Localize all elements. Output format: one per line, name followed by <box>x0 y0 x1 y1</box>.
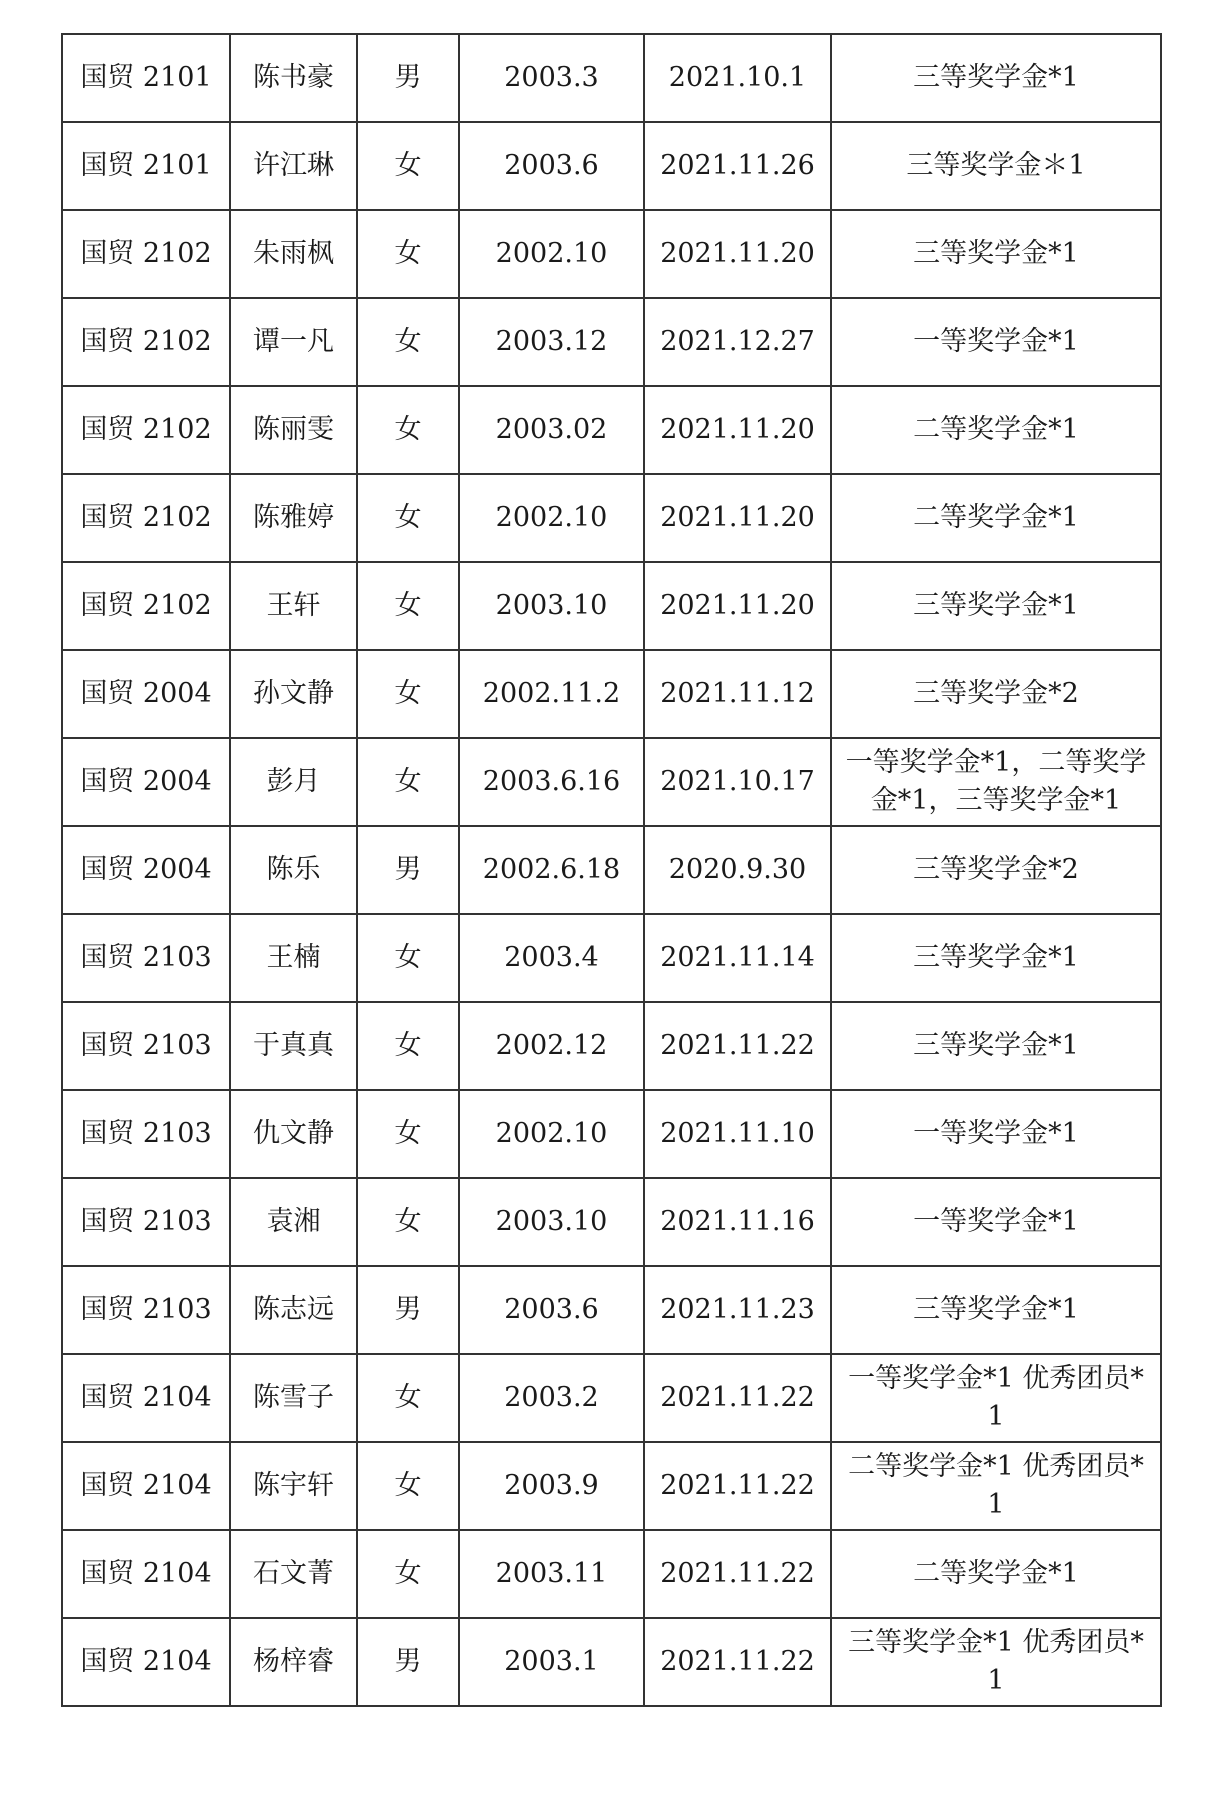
awards-cell: 一等奖学金*1 <box>831 1090 1161 1178</box>
table-row: 国贸 2103袁湘女2003.102021.11.16一等奖学金*1 <box>62 1178 1161 1266</box>
name-cell: 于真真 <box>230 1002 357 1090</box>
awards-cell: 三等奖学金*1 <box>831 562 1161 650</box>
table-row: 国贸 2004孙文静女2002.11.22021.11.12三等奖学金*2 <box>62 650 1161 738</box>
table-row: 国贸 2103陈志远男2003.62021.11.23三等奖学金*1 <box>62 1266 1161 1354</box>
table-row: 国贸 2101陈书豪男2003.32021.10.1三等奖学金*1 <box>62 34 1161 122</box>
class-cell: 国贸 2004 <box>62 826 230 914</box>
name-cell: 陈书豪 <box>230 34 357 122</box>
class-cell: 国贸 2104 <box>62 1618 230 1706</box>
awards-cell: 三等奖学金*2 <box>831 826 1161 914</box>
gender-cell: 女 <box>357 914 459 1002</box>
birth-date-cell: 2003.6.16 <box>459 738 644 826</box>
gender-cell: 女 <box>357 562 459 650</box>
award-date-cell: 2021.11.20 <box>644 386 831 474</box>
gender-cell: 男 <box>357 1618 459 1706</box>
class-cell: 国贸 2102 <box>62 386 230 474</box>
name-cell: 谭一凡 <box>230 298 357 386</box>
birth-date-cell: 2003.12 <box>459 298 644 386</box>
table-row: 国贸 2004陈乐男2002.6.182020.9.30三等奖学金*2 <box>62 826 1161 914</box>
class-cell: 国贸 2102 <box>62 474 230 562</box>
name-cell: 仇文静 <box>230 1090 357 1178</box>
class-cell: 国贸 2102 <box>62 562 230 650</box>
awards-cell: 一等奖学金*1，二等奖学金*1，三等奖学金*1 <box>831 738 1161 826</box>
awards-cell: 二等奖学金*1 <box>831 386 1161 474</box>
table-row: 国贸 2004彭月女2003.6.162021.10.17一等奖学金*1，二等奖… <box>62 738 1161 826</box>
table-body: 国贸 2101陈书豪男2003.32021.10.1三等奖学金*1 国贸 210… <box>62 34 1161 1706</box>
student-awards-table: 国贸 2101陈书豪男2003.32021.10.1三等奖学金*1 国贸 210… <box>61 33 1162 1707</box>
class-cell: 国贸 2102 <box>62 210 230 298</box>
class-cell: 国贸 2103 <box>62 1090 230 1178</box>
name-cell: 石文菁 <box>230 1530 357 1618</box>
awards-cell: 三等奖学金*1 <box>831 210 1161 298</box>
award-date-cell: 2021.10.1 <box>644 34 831 122</box>
table-row: 国贸 2102朱雨枫女2002.102021.11.20三等奖学金*1 <box>62 210 1161 298</box>
birth-date-cell: 2002.10 <box>459 1090 644 1178</box>
name-cell: 陈雪子 <box>230 1354 357 1442</box>
birth-date-cell: 2002.6.18 <box>459 826 644 914</box>
awards-cell: 三等奖学金＊1 <box>831 122 1161 210</box>
table-row: 国贸 2104杨梓睿男2003.12021.11.22三等奖学金*1 优秀团员*… <box>62 1618 1161 1706</box>
birth-date-cell: 2002.10 <box>459 210 644 298</box>
name-cell: 杨梓睿 <box>230 1618 357 1706</box>
gender-cell: 女 <box>357 1442 459 1530</box>
award-date-cell: 2021.11.26 <box>644 122 831 210</box>
award-date-cell: 2021.11.22 <box>644 1618 831 1706</box>
birth-date-cell: 2003.1 <box>459 1618 644 1706</box>
gender-cell: 女 <box>357 1002 459 1090</box>
gender-cell: 女 <box>357 386 459 474</box>
gender-cell: 女 <box>357 1090 459 1178</box>
name-cell: 王楠 <box>230 914 357 1002</box>
table-row: 国贸 2103王楠女2003.42021.11.14三等奖学金*1 <box>62 914 1161 1002</box>
awards-cell: 二等奖学金*1 优秀团员*1 <box>831 1442 1161 1530</box>
awards-cell: 一等奖学金*1 优秀团员*1 <box>831 1354 1161 1442</box>
awards-cell: 二等奖学金*1 <box>831 474 1161 562</box>
award-date-cell: 2021.11.14 <box>644 914 831 1002</box>
awards-cell: 三等奖学金*1 <box>831 914 1161 1002</box>
table-row: 国贸 2102谭一凡女2003.122021.12.27一等奖学金*1 <box>62 298 1161 386</box>
gender-cell: 女 <box>357 122 459 210</box>
class-cell: 国贸 2103 <box>62 914 230 1002</box>
awards-cell: 三等奖学金*1 优秀团员*1 <box>831 1618 1161 1706</box>
class-cell: 国贸 2101 <box>62 122 230 210</box>
award-date-cell: 2021.11.20 <box>644 474 831 562</box>
award-date-cell: 2021.10.17 <box>644 738 831 826</box>
class-cell: 国贸 2103 <box>62 1002 230 1090</box>
birth-date-cell: 2002.12 <box>459 1002 644 1090</box>
award-date-cell: 2021.11.22 <box>644 1530 831 1618</box>
table-row: 国贸 2104陈宇轩女2003.92021.11.22二等奖学金*1 优秀团员*… <box>62 1442 1161 1530</box>
award-date-cell: 2021.11.16 <box>644 1178 831 1266</box>
name-cell: 孙文静 <box>230 650 357 738</box>
birth-date-cell: 2003.6 <box>459 122 644 210</box>
gender-cell: 男 <box>357 34 459 122</box>
table-row: 国贸 2104陈雪子女2003.22021.11.22一等奖学金*1 优秀团员*… <box>62 1354 1161 1442</box>
gender-cell: 女 <box>357 210 459 298</box>
gender-cell: 女 <box>357 1178 459 1266</box>
awards-cell: 三等奖学金*1 <box>831 34 1161 122</box>
class-cell: 国贸 2103 <box>62 1266 230 1354</box>
gender-cell: 女 <box>357 738 459 826</box>
name-cell: 陈志远 <box>230 1266 357 1354</box>
class-cell: 国贸 2104 <box>62 1530 230 1618</box>
gender-cell: 男 <box>357 1266 459 1354</box>
name-cell: 陈雅婷 <box>230 474 357 562</box>
birth-date-cell: 2003.6 <box>459 1266 644 1354</box>
name-cell: 王轩 <box>230 562 357 650</box>
award-date-cell: 2021.11.10 <box>644 1090 831 1178</box>
birth-date-cell: 2003.9 <box>459 1442 644 1530</box>
name-cell: 袁湘 <box>230 1178 357 1266</box>
class-cell: 国贸 2004 <box>62 650 230 738</box>
gender-cell: 女 <box>357 1354 459 1442</box>
birth-date-cell: 2003.10 <box>459 562 644 650</box>
table-row: 国贸 2103于真真女2002.122021.11.22三等奖学金*1 <box>62 1002 1161 1090</box>
birth-date-cell: 2002.10 <box>459 474 644 562</box>
awards-cell: 二等奖学金*1 <box>831 1530 1161 1618</box>
gender-cell: 女 <box>357 1530 459 1618</box>
award-date-cell: 2021.11.20 <box>644 210 831 298</box>
birth-date-cell: 2003.2 <box>459 1354 644 1442</box>
table-row: 国贸 2102陈雅婷女2002.102021.11.20二等奖学金*1 <box>62 474 1161 562</box>
birth-date-cell: 2002.11.2 <box>459 650 644 738</box>
name-cell: 陈乐 <box>230 826 357 914</box>
award-date-cell: 2020.9.30 <box>644 826 831 914</box>
birth-date-cell: 2003.02 <box>459 386 644 474</box>
awards-cell: 一等奖学金*1 <box>831 1178 1161 1266</box>
class-cell: 国贸 2102 <box>62 298 230 386</box>
gender-cell: 女 <box>357 298 459 386</box>
gender-cell: 女 <box>357 650 459 738</box>
document-page: 国贸 2101陈书豪男2003.32021.10.1三等奖学金*1 国贸 210… <box>0 0 1232 1800</box>
award-date-cell: 2021.11.22 <box>644 1354 831 1442</box>
birth-date-cell: 2003.11 <box>459 1530 644 1618</box>
gender-cell: 女 <box>357 474 459 562</box>
name-cell: 陈宇轩 <box>230 1442 357 1530</box>
name-cell: 朱雨枫 <box>230 210 357 298</box>
award-date-cell: 2021.11.22 <box>644 1002 831 1090</box>
class-cell: 国贸 2104 <box>62 1442 230 1530</box>
name-cell: 许江琳 <box>230 122 357 210</box>
award-date-cell: 2021.11.23 <box>644 1266 831 1354</box>
award-date-cell: 2021.11.22 <box>644 1442 831 1530</box>
gender-cell: 男 <box>357 826 459 914</box>
birth-date-cell: 2003.10 <box>459 1178 644 1266</box>
birth-date-cell: 2003.4 <box>459 914 644 1002</box>
awards-cell: 一等奖学金*1 <box>831 298 1161 386</box>
name-cell: 陈丽雯 <box>230 386 357 474</box>
table-row: 国贸 2102陈丽雯女2003.022021.11.20二等奖学金*1 <box>62 386 1161 474</box>
class-cell: 国贸 2103 <box>62 1178 230 1266</box>
award-date-cell: 2021.11.12 <box>644 650 831 738</box>
table-row: 国贸 2101许江琳女2003.62021.11.26三等奖学金＊1 <box>62 122 1161 210</box>
award-date-cell: 2021.11.20 <box>644 562 831 650</box>
class-cell: 国贸 2101 <box>62 34 230 122</box>
table-row: 国贸 2103仇文静女2002.102021.11.10一等奖学金*1 <box>62 1090 1161 1178</box>
awards-cell: 三等奖学金*2 <box>831 650 1161 738</box>
awards-cell: 三等奖学金*1 <box>831 1266 1161 1354</box>
class-cell: 国贸 2104 <box>62 1354 230 1442</box>
name-cell: 彭月 <box>230 738 357 826</box>
table-row: 国贸 2104石文菁女2003.112021.11.22二等奖学金*1 <box>62 1530 1161 1618</box>
award-date-cell: 2021.12.27 <box>644 298 831 386</box>
awards-cell: 三等奖学金*1 <box>831 1002 1161 1090</box>
table-row: 国贸 2102王轩女2003.102021.11.20三等奖学金*1 <box>62 562 1161 650</box>
class-cell: 国贸 2004 <box>62 738 230 826</box>
birth-date-cell: 2003.3 <box>459 34 644 122</box>
